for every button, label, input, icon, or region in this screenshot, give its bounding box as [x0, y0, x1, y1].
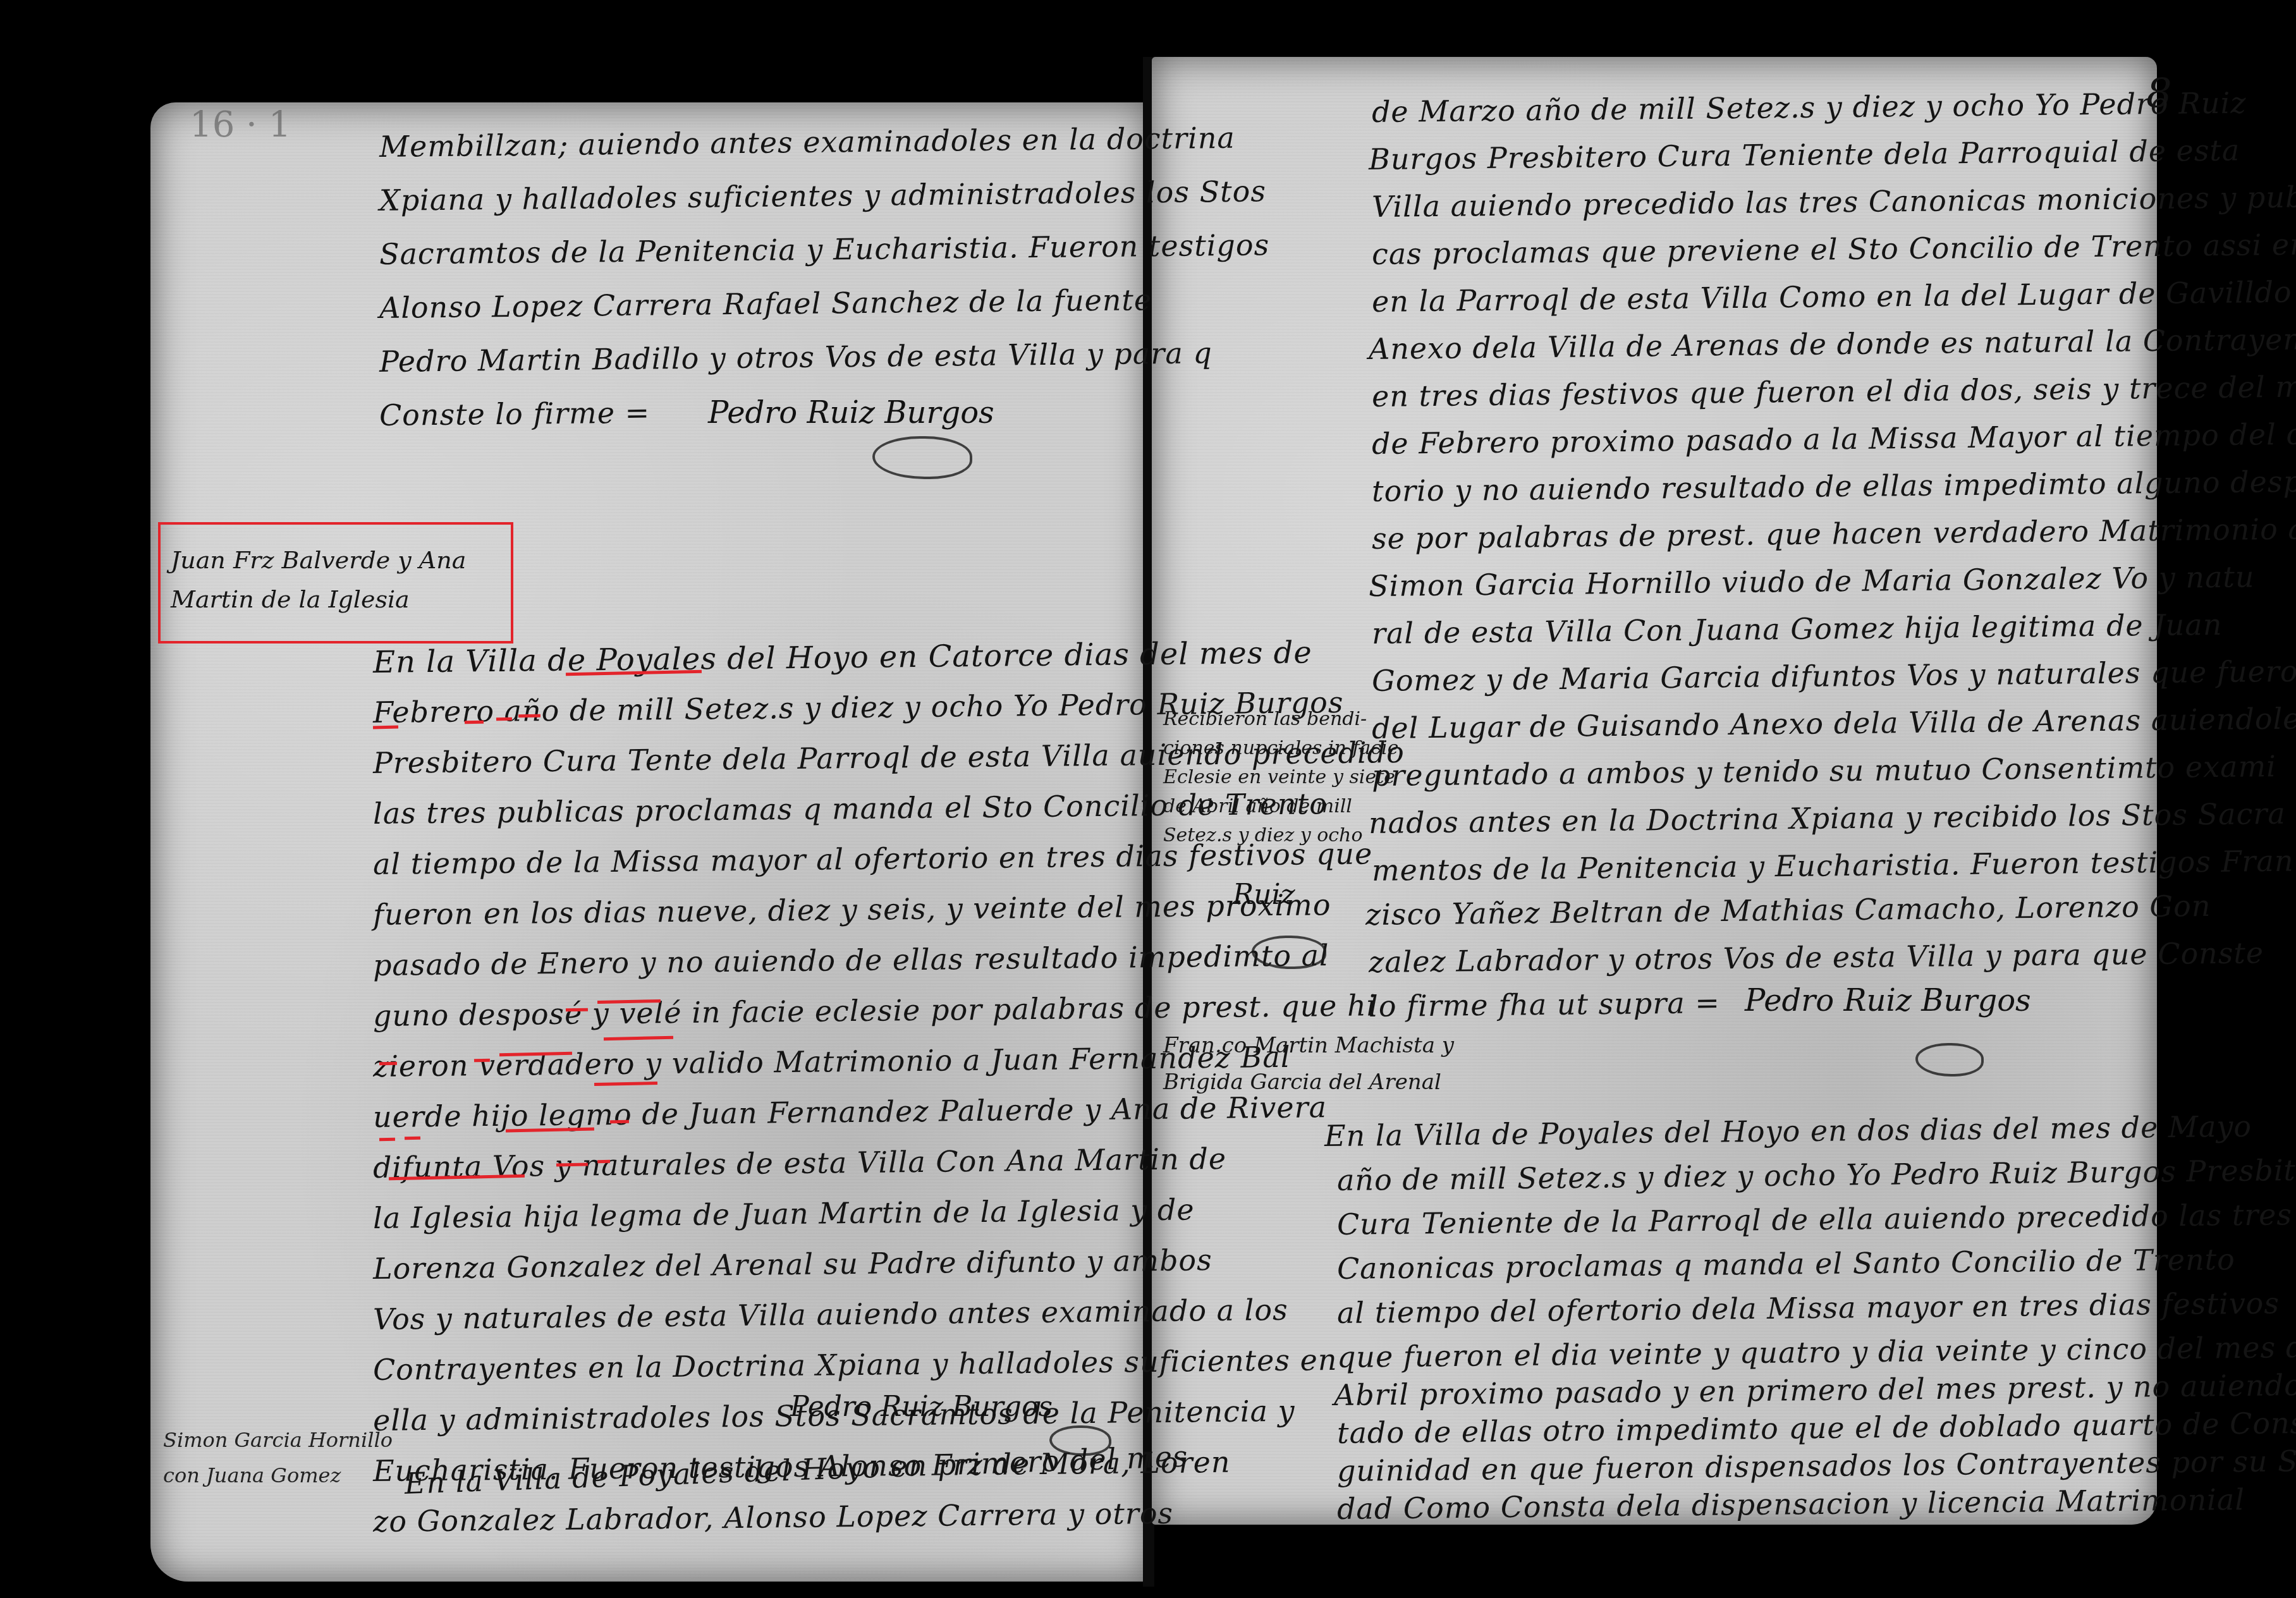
- margin-heading: Fran.co Martin Machista y Brigida Garcia…: [1163, 1027, 1454, 1101]
- red-underline: [566, 1008, 588, 1012]
- red-underline: [373, 726, 398, 729]
- margin-note-line: Recibieron las bendi-: [1163, 705, 1398, 734]
- red-underline: [465, 721, 484, 724]
- margin-note-line: de Abril año de mill: [1163, 792, 1398, 821]
- margin-heading-line: Brigida Garcia del Arenal: [1163, 1064, 1454, 1101]
- red-underline: [405, 1137, 420, 1140]
- signature-rubric: [1915, 1043, 1984, 1077]
- red-underline: [518, 714, 540, 718]
- priest-signature: Pedro Ruiz Burgos: [790, 1391, 1053, 1423]
- red-underline: [379, 1062, 397, 1066]
- signature-rubric: [1252, 936, 1326, 969]
- bottom-margin-heading: Simon Garcia Hornillo con Juana Gomez: [163, 1422, 393, 1493]
- margin-heading-line: Martin de la Iglesia: [171, 580, 466, 619]
- margin-heading-line: Fran.co Martin Machista y: [1163, 1027, 1454, 1064]
- margin-note-line: ciones nupciales in facie: [1163, 734, 1398, 763]
- red-underline: [610, 1120, 629, 1124]
- text-line: lo firme fha ut supra =: [1369, 985, 1720, 1023]
- priest-signature: Pedro Ruiz Burgos: [708, 395, 994, 430]
- corner-mark: 16 · 1: [190, 104, 291, 145]
- red-underline: [496, 717, 512, 721]
- text-line: Conste lo firme =: [379, 396, 650, 432]
- red-underline: [597, 1160, 610, 1163]
- margin-note-line: Eclesie en veinte y siete: [1163, 763, 1398, 792]
- margin-note-line: Setez.s y diez y ocho: [1163, 821, 1398, 850]
- margin-heading-line: Juan Frz Balverde y Ana: [171, 540, 466, 580]
- red-underline: [379, 1138, 395, 1142]
- red-underline: [556, 1162, 588, 1166]
- margin-heading-line: con Juana Gomez: [163, 1458, 393, 1493]
- red-underline: [474, 1059, 490, 1063]
- blessing-margin-note: Recibieron las bendi- ciones nupciales i…: [1163, 705, 1398, 850]
- margin-heading-line: Simon Garcia Hornillo: [163, 1422, 393, 1458]
- priest-signature: Pedro Ruiz Burgos: [1745, 983, 2031, 1018]
- margin-heading: Juan Frz Balverde y Ana Martin de la Igl…: [171, 540, 466, 619]
- margin-signature: Ruiz: [1233, 879, 1295, 911]
